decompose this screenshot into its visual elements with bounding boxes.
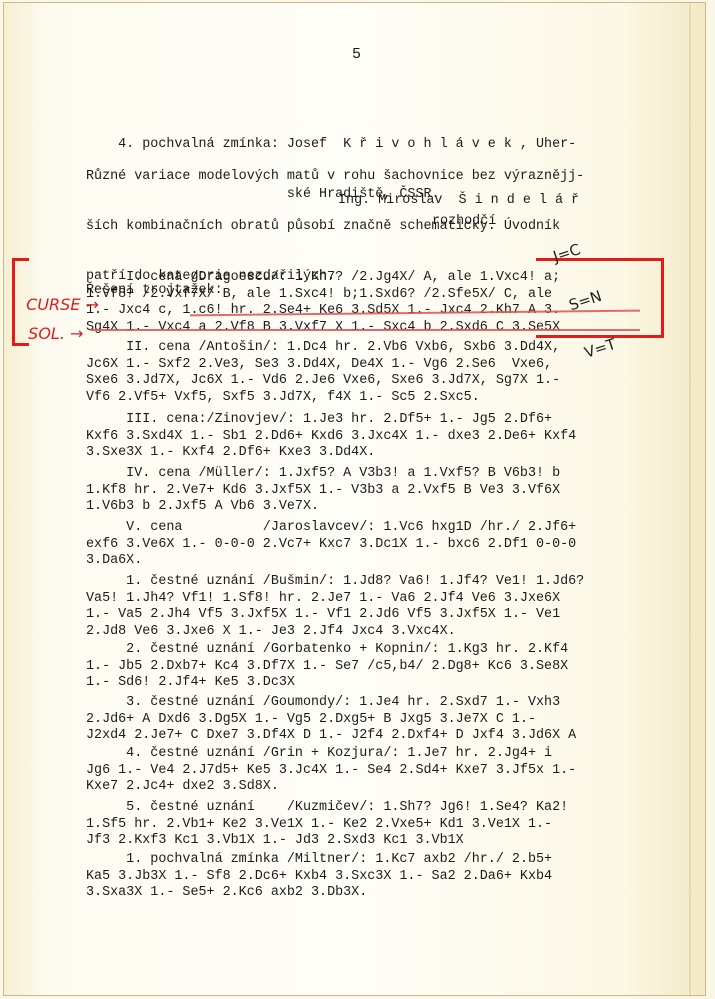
solution-prize-2: II. cena /Antošin/: 1.Dc4 hr. 2.Vb6 Vxb6…: [86, 340, 646, 406]
solution-line: Sxe6 3.Jd7X, Jc6X 1.- Vd6 2.Je6 Vxe6, Sx…: [86, 373, 646, 390]
solution-line: 1.Kf8 hr. 2.Ve7+ Kd6 3.Jxf5X 1.- V3b3 a …: [86, 483, 646, 500]
solution-honorable-4: 4. čestné uznání /Grin + Kozjura/: 1.Je7…: [86, 746, 646, 796]
solution-line: 2.Jd8 Ve6 3.Jxe6 X 1.- Je3 2.Jf4 Jxc4 3.…: [86, 624, 646, 641]
solution-line: 2.Jd6+ A Dxd6 3.Dg5X 1.- Vg5 2.Dxg5+ B J…: [86, 712, 646, 729]
solution-line: Jc6X 1.- Sxf2 2.Ve3, Se3 3.Dd4X, De4X 1.…: [86, 357, 646, 374]
red-underline: [90, 329, 640, 331]
solution-line: Jg6 1.- Ve4 2.J7d5+ Ke5 3.Jc4X 1.- Se4 2…: [86, 763, 646, 780]
solution-line: Kxe7 2.Jc4+ dxe2 3.Sd8X.: [86, 779, 646, 796]
arrow-icon: →: [86, 295, 99, 314]
solution-line: 3. čestné uznání /Goumondy/: 1.Je4 hr. 2…: [86, 695, 646, 712]
solution-line: 1.- Jb5 2.Dxb7+ Kc4 3.Df7X 1.- Se7 /c5,b…: [86, 659, 646, 676]
solution-line: 5. čestné uznání /Kuzmičev/: 1.Sh7? Jg6!…: [86, 800, 646, 817]
solution-line: Ka5 3.Jb3X 1.- Sf8 2.Dc6+ Kxb4 3.Sxc3X 1…: [86, 869, 646, 886]
solution-line: exf6 3.Ve6X 1.- 0-0-0 2.Vc7+ Kxc7 3.Dc1X…: [86, 537, 646, 554]
solution-line: 1.- Va5 2.Jh4 Vf5 3.Jxf5X 1.- Vf1 2.Jd6 …: [86, 607, 646, 624]
judge-name: Ing. Miroslav Š i n d e l á ř: [338, 193, 579, 208]
solution-line: 1. čestné uznání /Bušmin/: 1.Jd8? Va6! 1…: [86, 574, 646, 591]
solution-line: III. cena:/Zinovjev/: 1.Je3 hr. 2.Df5+ 1…: [86, 412, 646, 429]
solution-commendation-1: 1. pochvalná zmínka /Miltner/: 1.Kc7 axb…: [86, 852, 646, 902]
solution-line: 1.V6b3 b 2.Jxf5 A Vb6 3.Ve7X.: [86, 499, 646, 516]
solution-line: J2xd4 2.Je7+ C Dxe7 3.Df4X D 1.- J2f4 2.…: [86, 728, 646, 745]
solution-prize-5: V. cena /Jaroslavcev/: 1.Vc6 hxg1D /hr./…: [86, 520, 646, 570]
solution-line: 4. čestné uznání /Grin + Kozjura/: 1.Je7…: [86, 746, 646, 763]
solution-line: V. cena /Jaroslavcev/: 1.Vc6 hxg1D /hr./…: [86, 520, 646, 537]
solution-line: 3.Sxe3X 1.- Kxf4 2.Df6+ Kxe3 3.Dd4X.: [86, 445, 646, 462]
solution-line: 1.- Sd6! 2.Jf4+ Ke5 3.Dc3X: [86, 675, 646, 692]
solution-line: Kxf6 3.Sxd4X 1.- Sb1 2.Dd6+ Kxd6 3.Jxc4X…: [86, 429, 646, 446]
judge-role: rozhodčí: [432, 214, 496, 229]
comment-line: Různé variace modelových matů v rohu šac…: [86, 169, 646, 186]
solution-prize-3: III. cena:/Zinovjev/: 1.Je3 hr. 2.Df5+ 1…: [86, 412, 646, 462]
solution-line: Jf3 2.Kxf3 Kc1 3.Vb1X 1.- Jd3 2.Sxd3 Kc1…: [86, 833, 646, 850]
solution-honorable-5: 5. čestné uznání /Kuzmičev/: 1.Sh7? Jg6!…: [86, 800, 646, 850]
solution-line: Va5! 1.Jh4? Vf1! 1.Sf8! hr. 2.Je7 1.- Va…: [86, 591, 646, 608]
solution-honorable-3: 3. čestné uznání /Goumondy/: 1.Je4 hr. 2…: [86, 695, 646, 745]
solution-line: 1.Sf5 hr. 2.Vb1+ Ke2 3.Ve1X 1.- Ke2 2.Vx…: [86, 817, 646, 834]
solution-line: II. cena /Antošin/: 1.Dc4 hr. 2.Vb6 Vxb6…: [86, 340, 646, 357]
solution-honorable-2: 2. čestné uznání /Gorbatenko + Kopnin/: …: [86, 642, 646, 692]
solution-line: IV. cena /Müller/: 1.Jxf5? A V3b3! a 1.V…: [86, 466, 646, 483]
solution-line: Vf6 2.Vf5+ Vxf5, Sxf5 3.Jd7X, f4X 1.- Sc…: [86, 390, 646, 407]
solution-honorable-1: 1. čestné uznání /Bušmin/: 1.Jd8? Va6! 1…: [86, 574, 646, 640]
sol-label: SOL. →: [18, 305, 83, 343]
page-number: 5: [352, 46, 361, 63]
solution-line: 3.Sxa3X 1.- Se5+ 2.Kc6 axb2 3.Db3X.: [86, 885, 646, 902]
solution-line: 2. čestné uznání /Gorbatenko + Kopnin/: …: [86, 642, 646, 659]
solution-prize-4: IV. cena /Müller/: 1.Jxf5? A V3b3! a 1.V…: [86, 466, 646, 516]
arrow-icon: →: [70, 324, 83, 343]
page-fold: [689, 3, 691, 995]
solution-line: 3.Da6X.: [86, 553, 646, 570]
solution-line: 1. pochvalná zmínka /Miltner/: 1.Kc7 axb…: [86, 852, 646, 869]
